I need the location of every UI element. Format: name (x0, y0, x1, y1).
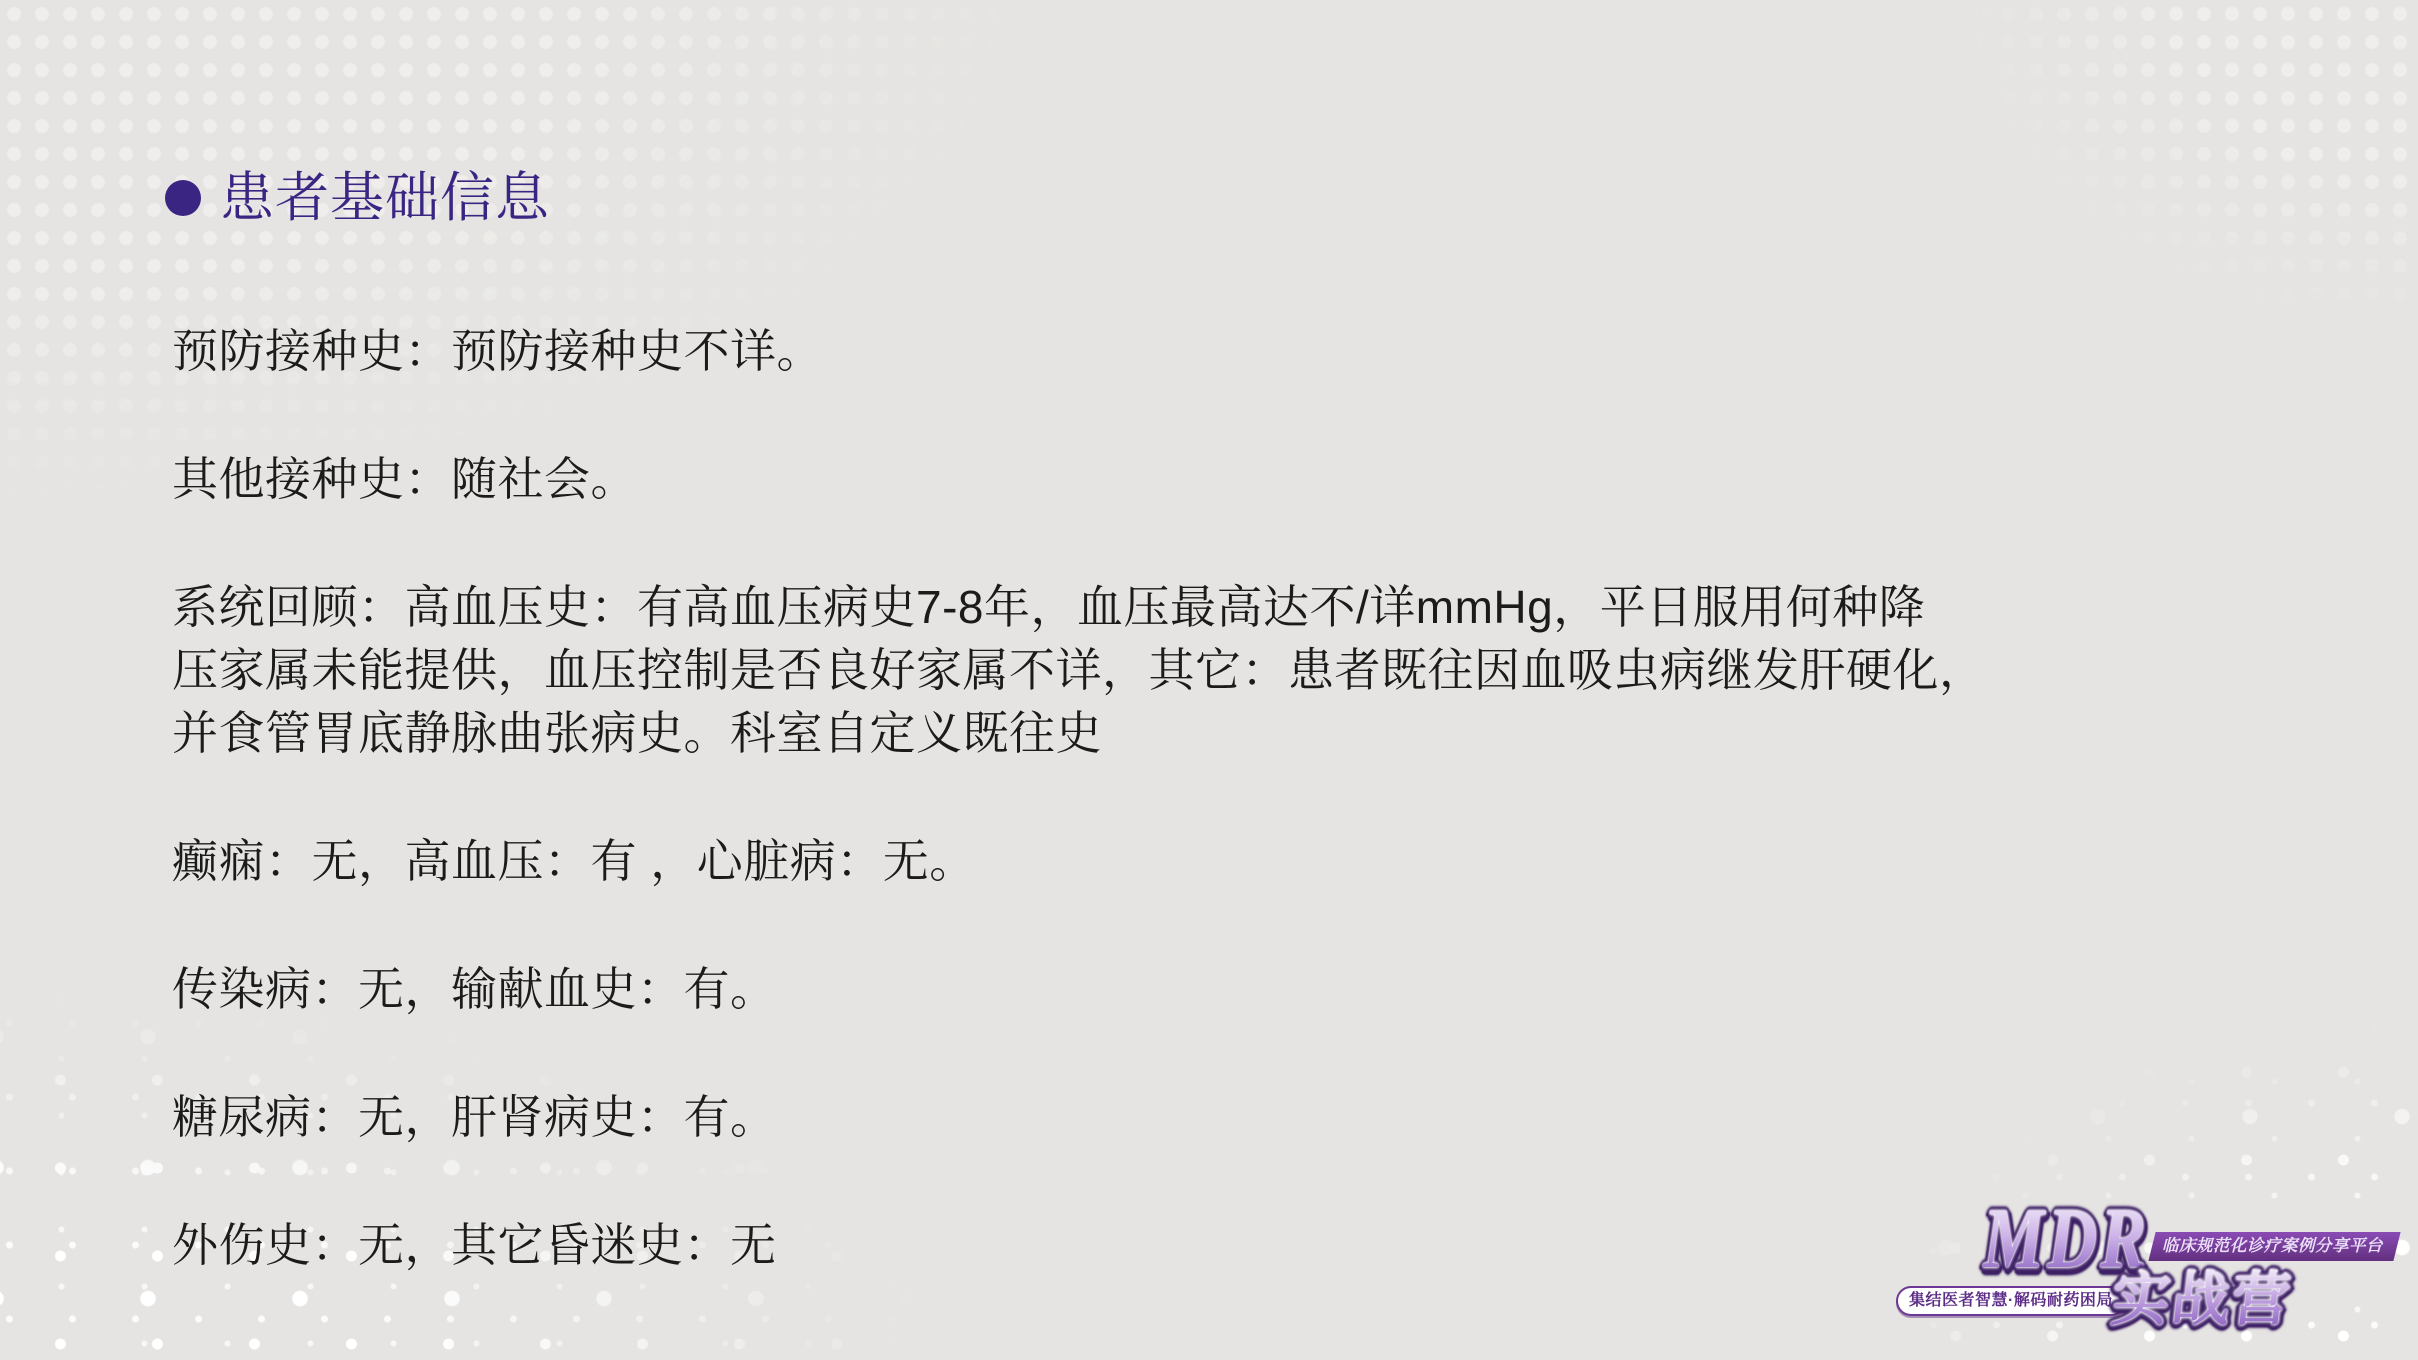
page-title: 患者基础信息 (220, 168, 550, 228)
text-line: 系统回顾：高血压史：有高血压病史7-8年，血压最高达不/详mmHg，平日服用何种… (172, 576, 2262, 639)
text-line: 传染病：无，输献血史：有。 (172, 958, 2262, 1021)
logo-tagline-banner: 临床规范化诊疗案例分享平台 (2148, 1232, 2400, 1261)
paragraph-other-vaccination: 其他接种史：随社会。 (172, 448, 2262, 511)
body-text: 预防接种史：预防接种史不详。 其他接种史：随社会。 系统回顾：高血压史：有高血压… (172, 320, 2262, 1277)
dot-grid-pattern-top-right (1938, 0, 2418, 360)
paragraph-infectious-transfusion: 传染病：无，输献血史：有。 (172, 958, 2262, 1021)
text-line: 糖尿病：无，肝肾病史：有。 (172, 1086, 2262, 1149)
text-line: 其他接种史：随社会。 (172, 448, 2262, 511)
text-line: 并食管胃底静脉曲张病史。科室自定义既往史 (172, 702, 2262, 765)
text-line: 压家属未能提供，血压控制是否良好家属不详，其它：患者既往因血吸虫病继发肝硬化， (172, 639, 2262, 702)
paragraph-diabetes-liver-kidney: 糖尿病：无，肝肾病史：有。 (172, 1086, 2262, 1149)
slide-canvas: 患者基础信息 预防接种史：预防接种史不详。 其他接种史：随社会。 系统回顾：高血… (0, 0, 2418, 1360)
mdr-camp-logo: 临床规范化诊疗案例分享平台 MDR 集结医者智慧·解码耐药困局 实战营 (1890, 1195, 2418, 1360)
logo-slogan-pill: 集结医者智慧·解码耐药困局 (1896, 1286, 2126, 1316)
bullet-icon (165, 180, 201, 216)
section-title-row: 患者基础信息 (165, 168, 550, 228)
logo-camp-text: 实战营 (2109, 1269, 2296, 1331)
text-line: 预防接种史：预防接种史不详。 (172, 320, 2262, 383)
text-line: 癫痫：无，高血压：有 ，心脏病：无。 (172, 830, 2262, 893)
paragraph-epilepsy-hypertension-heart: 癫痫：无，高血压：有 ，心脏病：无。 (172, 830, 2262, 893)
paragraph-vaccination-history: 预防接种史：预防接种史不详。 (172, 320, 2262, 383)
paragraph-system-review: 系统回顾：高血压史：有高血压病史7-8年，血压最高达不/详mmHg，平日服用何种… (172, 576, 2262, 765)
